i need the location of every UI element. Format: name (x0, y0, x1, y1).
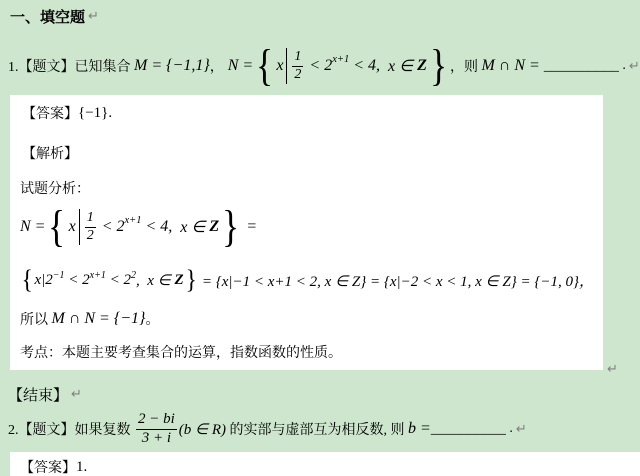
answer-label: 【答案】 (22, 103, 78, 123)
document-page: 一、填空题 ↵ 1.【题文】已知集合 M = {−1,1} ， N = { x … (0, 0, 640, 476)
analysis-intro-line: 试题分析： (20, 178, 90, 198)
question-2: 2.【题文】如果复数 2 − bi 3 + i (b ∈ R) 的实部与虚部互为… (8, 406, 527, 452)
fraction-numerator: 1 (85, 210, 96, 227)
return-mark-icon: ↵ (607, 362, 618, 377)
fraction-denominator: 2 (292, 67, 303, 83)
conclusion-line: 所以 M ∩ N = {−1} 。 (20, 309, 159, 329)
return-mark-icon: ↵ (71, 387, 82, 402)
left-brace: { (49, 205, 66, 249)
left-brace: { (256, 44, 273, 88)
answer-line: 【答案】 {−1}. (22, 103, 112, 123)
question-2-lead: 2.【题文】如果复数 (8, 419, 134, 439)
formula-line-2: { x | 2 −1 < 2 x+1 < 2 2 , x ∈ Z } = {x|… (20, 265, 594, 295)
inequality: < 2 (65, 272, 90, 289)
exponent: 2 (131, 270, 136, 281)
answer-line: 【答案】 1. (20, 457, 87, 476)
answer-blank: __________ (431, 421, 506, 438)
section-header: 一、填空题 ↵ (10, 6, 99, 27)
return-mark-icon: ↵ (516, 422, 527, 437)
base-two: 2 (45, 272, 53, 289)
membership: , x ∈ (136, 271, 174, 290)
analysis-intro: 试题分析： (20, 178, 90, 198)
integer-set-symbol: Z (209, 218, 219, 236)
intersection-expression: M ∩ N = (481, 57, 543, 75)
exam-point-line: 考点：本题主要考查集合的运算，指数函数的性质。 (20, 342, 342, 362)
membership: x ∈ (380, 56, 417, 76)
answer-value: {−1}. (78, 105, 112, 122)
period: . (506, 421, 513, 437)
b-equals: b = (408, 420, 431, 438)
conclusion-math: M ∩ N = {−1} (52, 310, 146, 328)
analysis-label: 【解析】 (22, 143, 78, 163)
set-n-lhs: N = (20, 218, 45, 236)
comma: ， (210, 56, 224, 76)
derivation-chain: = {x|−1 < x+1 < 2, x ∈ Z} = {x|−2 < x < … (198, 270, 594, 291)
inequality-left: < 2 (305, 57, 332, 75)
fraction-one-half: 1 2 (292, 49, 303, 82)
fraction-denominator: 2 (85, 228, 96, 244)
answer-value: 1. (76, 459, 87, 476)
answer-box-1: 【答案】 {−1}. 【解析】 试题分析： N = { x 1 2 < 2 x+… (10, 95, 603, 370)
right-brace: } (430, 44, 447, 88)
formula-line-1: N = { x 1 2 < 2 x+1 < 4, x ∈ Z } = (20, 201, 257, 253)
equals-sign: = (242, 218, 257, 236)
conclusion-period: 。 (145, 309, 159, 329)
end-tag: 【结束】 (8, 384, 68, 405)
exam-point-text: 考点：本题主要考查集合的运算，指数函数的性质。 (20, 342, 342, 362)
variable-x: x (34, 272, 41, 289)
right-brace: } (185, 267, 196, 293)
fraction-denominator: 3 + i (140, 430, 173, 447)
set-builder-bar (286, 48, 287, 84)
inequality-right: < 4, (349, 57, 380, 75)
integer-set-symbol: Z (174, 272, 183, 289)
inequality-left: < 2 (98, 218, 125, 236)
paragraph-end: ↵ (604, 360, 618, 378)
return-mark-icon: ↵ (629, 59, 640, 74)
fraction-numerator: 2 − bi (136, 411, 177, 429)
conclusion-lead: 所以 (20, 309, 52, 329)
variable-x: x (276, 57, 283, 75)
then-text: ，则 (450, 56, 482, 76)
variable-x: x (69, 218, 76, 236)
exponent: x+1 (90, 270, 106, 281)
section-title: 一、填空题 (10, 6, 85, 27)
answer-label: 【答案】 (20, 457, 76, 476)
exponent: x+1 (332, 54, 349, 65)
integer-set-symbol: Z (417, 57, 427, 75)
question-1: 1.【题文】已知集合 M = {−1,1} ， N = { x 1 2 < 2 … (8, 40, 640, 92)
period: . (619, 58, 626, 74)
answer-box-2: 【答案】 1. (10, 452, 640, 476)
end-tag-line: 【结束】 ↵ (8, 384, 82, 405)
membership: x ∈ (172, 217, 209, 237)
analysis-label-line: 【解析】 (22, 143, 78, 163)
fraction-one-half: 1 2 (85, 210, 96, 243)
left-brace: { (22, 267, 33, 293)
inequality: < 2 (106, 272, 131, 289)
inequality-right: < 4, (142, 218, 173, 236)
complex-fraction: 2 − bi 3 + i (136, 411, 177, 447)
exponent: −1 (53, 270, 65, 281)
return-mark-icon: ↵ (88, 9, 99, 24)
parameter-condition: (b ∈ R) (179, 420, 226, 439)
set-builder-bar (79, 209, 80, 245)
set-n-lhs: N = (224, 57, 253, 75)
question-2-mid: 的实部与虚部互为相反数, 则 (226, 419, 408, 439)
exponent: x+1 (125, 215, 142, 226)
right-brace: } (222, 205, 239, 249)
answer-blank: __________ (544, 58, 619, 75)
question-1-lead: 1.【题文】已知集合 (8, 56, 134, 76)
set-m-definition: M = {−1,1} (134, 57, 210, 75)
fraction-numerator: 1 (292, 49, 303, 66)
